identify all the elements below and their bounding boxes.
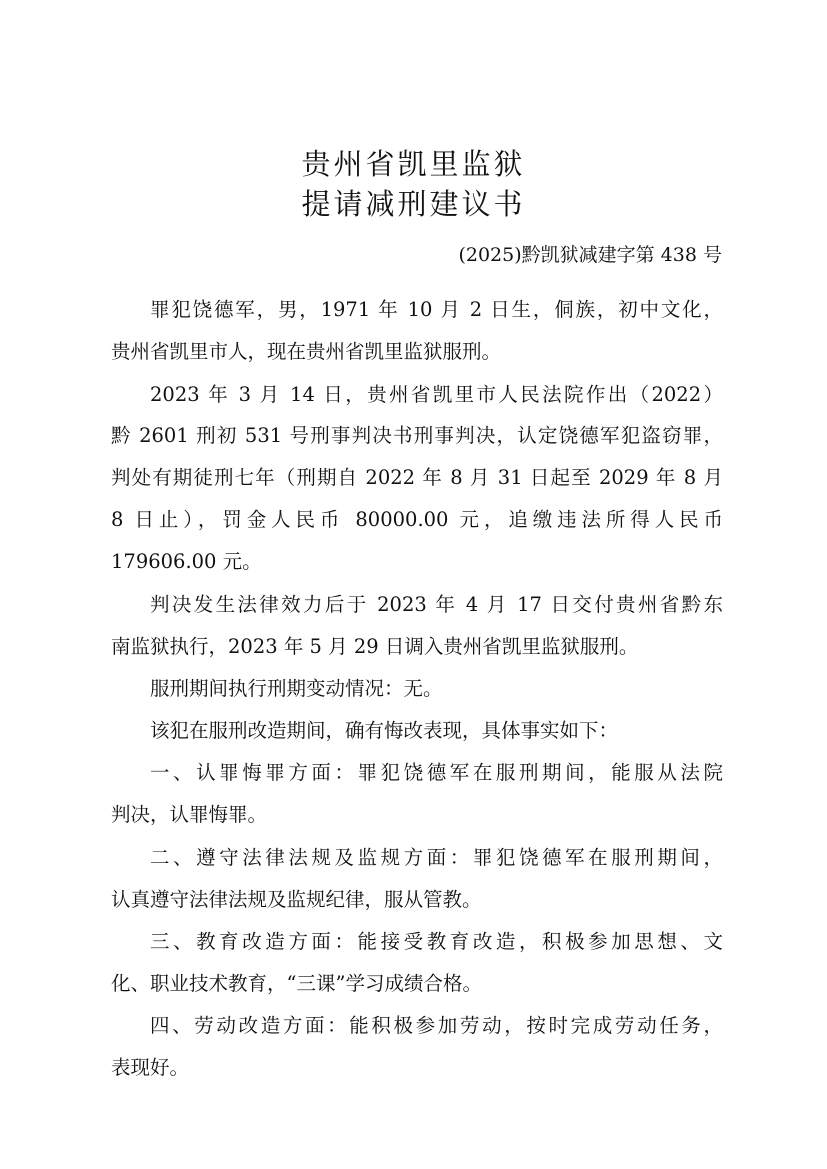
paragraph-line: 8 日止），罚金人民币 80000.00 元，追缴违法所得人民币 bbox=[111, 506, 723, 534]
document-title-line-2: 提请减刑建议书 bbox=[0, 186, 827, 222]
document-page: 贵州省凯里监狱 提请减刑建议书 (2025)黔凯狱减建字第 438 号 罪犯饶德… bbox=[0, 0, 827, 1169]
document-number: (2025)黔凯狱减建字第 438 号 bbox=[458, 241, 722, 269]
paragraph-line: 贵州省凯里市人，现在贵州省凯里监狱服刑。 bbox=[111, 338, 501, 366]
paragraph-line: 南监狱执行，2023 年 5 月 29 日调入贵州省凯里监狱服刑。 bbox=[111, 633, 638, 661]
paragraph-line: 化、职业技术教育，“三课”学习成绩合格。 bbox=[111, 970, 482, 998]
document-title-line-1: 贵州省凯里监狱 bbox=[0, 146, 827, 182]
paragraph-line: 表现好。 bbox=[111, 1054, 189, 1082]
paragraph-line: 四、劳动改造方面：能积极参加劳动，按时完成劳动任务， bbox=[150, 1012, 723, 1040]
paragraph-line: 黔 2601 刑初 531 号刑事判决书刑事判决，认定饶德军犯盗窃罪， bbox=[111, 422, 723, 450]
paragraph-line: 判决发生法律效力后于 2023 年 4 月 17 日交付贵州省黔东 bbox=[150, 591, 723, 619]
paragraph-line: 2023 年 3 月 14 日，贵州省凯里市人民法院作出（2022） bbox=[150, 381, 723, 409]
paragraph-line: 二、遵守法律法规及监规方面：罪犯饶德军在服刑期间， bbox=[150, 844, 723, 872]
paragraph-line: 一、认罪悔罪方面：罪犯饶德军在服刑期间，能服从法院 bbox=[150, 759, 723, 787]
paragraph-line: 三、教育改造方面：能接受教育改造，积极参加思想、文 bbox=[150, 928, 723, 956]
paragraph-line: 罪犯饶德军，男，1971 年 10 月 2 日生，侗族，初中文化， bbox=[150, 296, 723, 324]
paragraph-line: 判决，认罪悔罪。 bbox=[111, 801, 267, 829]
paragraph-line: 认真遵守法律法规及监规纪律，服从管教。 bbox=[111, 886, 482, 914]
paragraph-line: 179606.00 元。 bbox=[111, 548, 262, 576]
paragraph-line: 该犯在服刑改造期间，确有悔改表现，具体事实如下： bbox=[150, 717, 618, 745]
paragraph-line: 服刑期间执行刑期变动情况：无。 bbox=[150, 675, 443, 703]
paragraph-line: 判处有期徒刑七年（刑期自 2022 年 8 月 31 日起至 2029 年 8 … bbox=[111, 464, 723, 492]
